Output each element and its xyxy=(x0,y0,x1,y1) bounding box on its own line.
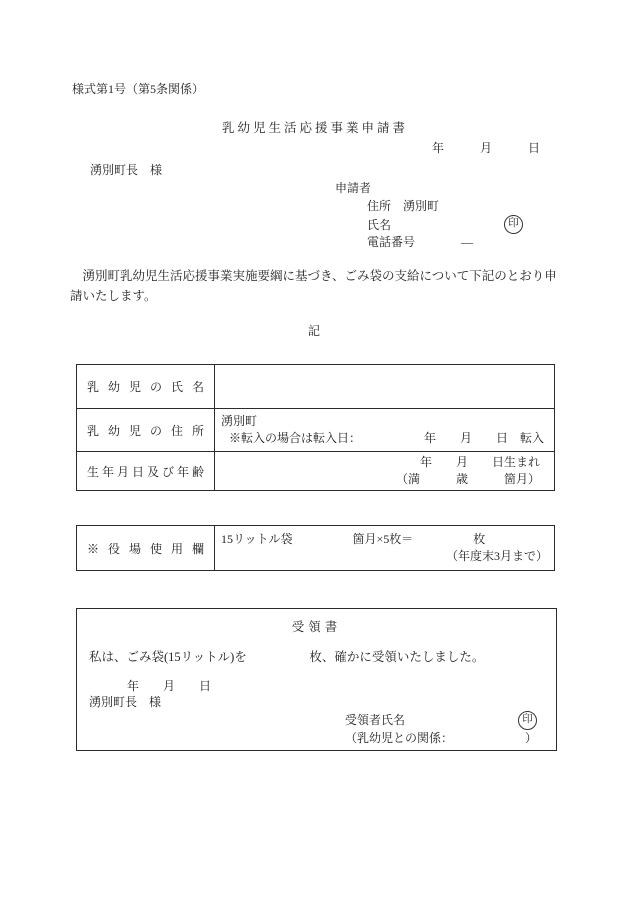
office-use-table: ※役場使用欄 15リットル袋 箇月×5枚＝ 枚 （年度末3月まで） xyxy=(76,525,555,571)
relation-label-close: ） xyxy=(525,730,537,747)
movein-date-blanks: 年 月 日 転入 xyxy=(424,430,544,447)
child-info-table: 乳幼児の氏名 乳幼児の住所 湧別町 ※転入の場合は転入日： 年 月 日 転入 生… xyxy=(76,364,555,491)
phone-separator: ― xyxy=(461,235,473,249)
table-row-child-name: 乳幼児の氏名 xyxy=(77,365,555,409)
office-use-label: ※役場使用欄 xyxy=(87,540,204,557)
record-marker: 記 xyxy=(0,322,630,339)
child-name-value xyxy=(215,365,555,409)
table-row-child-address: 乳幼児の住所 湧別町 ※転入の場合は転入日： 年 月 日 転入 xyxy=(77,409,555,452)
application-date-line: 年 月 日 xyxy=(0,139,540,156)
birthdate-label: 生年月日及び年齢 xyxy=(87,463,204,480)
child-address-label: 乳幼児の住所 xyxy=(87,422,204,439)
applicant-section-label: 申請者 xyxy=(335,179,371,196)
receipt-date-line: 年 月 日 xyxy=(127,677,211,694)
seal-icon: 印 xyxy=(504,215,523,234)
recipient-relation-row: （乳幼児との関係： ） xyxy=(345,730,537,747)
fiscal-year-note: （年度末3月まで） xyxy=(215,548,554,565)
receipt-addressee: 湧別町長 様 xyxy=(89,693,161,710)
movein-note: ※転入の場合は転入日： xyxy=(229,430,361,447)
application-statement: 湧別町乳幼児生活応援事業実施要綱に基づき、ごみ袋の支給について下記のとおり申請い… xyxy=(70,266,564,306)
bag-calculation-line: 15リットル袋 箇月×5枚＝ 枚 xyxy=(215,531,554,548)
phone-label: 電話番号 xyxy=(367,235,415,249)
receipt-signature-block: 受領者氏名 印 （乳幼児との関係： ） xyxy=(345,711,537,747)
receipt-title: 受領書 xyxy=(77,617,556,635)
applicant-name-row: 氏名 印 xyxy=(367,215,523,234)
receipt-section: 受領書 私は、ごみ袋(15リットル)を 枚、確かに受領いたしました。 年 月 日… xyxy=(76,608,557,751)
receipt-statement: 私は、ごみ袋(15リットル)を 枚、確かに受領いたしました。 xyxy=(89,647,484,665)
form-number: 様式第1号（第5条関係） xyxy=(72,80,204,97)
name-label: 氏名 xyxy=(367,216,391,233)
addressee-mayor: 湧別町長 様 xyxy=(90,161,162,178)
relation-label-open: （乳幼児との関係： xyxy=(345,730,453,747)
birthdate-blanks: 年 月 日生まれ xyxy=(215,454,540,471)
age-blanks: （満 歳 箇月） xyxy=(215,471,540,488)
document-title: 乳幼児生活応援事業申請書 xyxy=(0,118,630,136)
application-form-page: 様式第1号（第5条関係） 乳幼児生活応援事業申請書 年 月 日 湧別町長 様 申… xyxy=(0,0,630,915)
child-address-movein-line: ※転入の場合は転入日： 年 月 日 転入 xyxy=(215,430,554,447)
address-value: 湧別町 xyxy=(403,199,439,213)
applicant-address-row: 住所湧別町 xyxy=(367,197,439,214)
child-name-label: 乳幼児の氏名 xyxy=(87,378,204,395)
table-row-office-use: ※役場使用欄 15リットル袋 箇月×5枚＝ 枚 （年度末3月まで） xyxy=(77,526,555,571)
applicant-phone-row: 電話番号― xyxy=(367,233,473,250)
table-row-birthdate: 生年月日及び年齢 年 月 日生まれ （満 歳 箇月） xyxy=(77,452,555,491)
seal-icon: 印 xyxy=(518,711,537,730)
address-label: 住所 xyxy=(367,199,391,213)
child-address-town: 湧別町 xyxy=(215,413,554,430)
recipient-name-row: 受領者氏名 印 xyxy=(345,711,537,730)
recipient-name-label: 受領者氏名 xyxy=(345,712,405,729)
